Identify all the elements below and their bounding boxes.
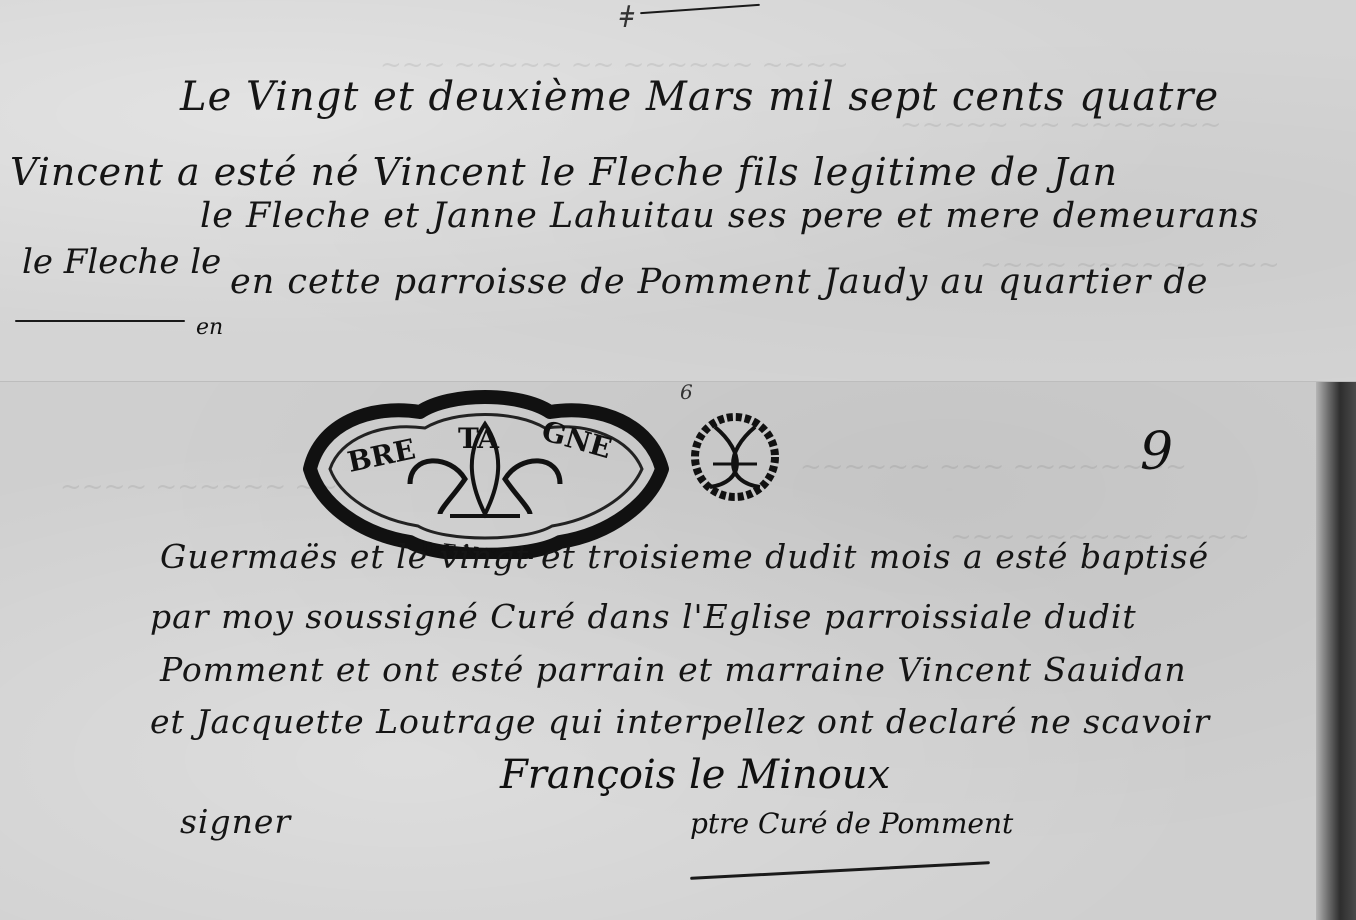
entry-top-line-2: Vincent a esté né Vincent le Fleche fils… xyxy=(10,150,1118,194)
folio-number: 9 xyxy=(1140,422,1173,482)
monogram-stamp-icon xyxy=(685,402,785,512)
book-binding-edge xyxy=(1316,382,1356,920)
register-page-bottom-segment: ~~~~ ~~~~~~ ~~ ~~~~~~ ~~~ ~~~~~~~~ ~~~ ~… xyxy=(0,381,1356,920)
priest-signature-title: ptre Curé de Pomment xyxy=(690,807,1013,840)
register-page-top-segment: ~~~ ~~~~~ ~~ ~~~~~~ ~~~~ ~~~~~ ~~ ~~~~~~… xyxy=(0,0,1356,381)
margin-underline xyxy=(15,320,185,322)
priest-signature-name: François le Minoux xyxy=(500,752,890,798)
ink-stroke xyxy=(640,4,760,14)
stamp-title-center: TA xyxy=(458,422,500,455)
entry-bottom-line-3: Pomment et ont esté parrain et marraine … xyxy=(160,650,1187,689)
entry-bottom-line-1: Guermaës et le vingt et troisieme dudit … xyxy=(160,537,1209,576)
show-through-text: ~~~~~~ ~~~ ~~~~~~~~ xyxy=(800,452,1187,482)
small-ink-number: 6 xyxy=(680,381,693,404)
entry-top-line-4: en cette parroisse de Pomment Jaudy au q… xyxy=(230,262,1208,302)
entry-bottom-line-4: et Jacquette Loutrage qui interpellez on… xyxy=(150,702,1210,741)
insertion-mark: en xyxy=(196,315,223,340)
document-scan-viewer: ~~~ ~~~~~ ~~ ~~~~~~ ~~~~ ~~~~~ ~~ ~~~~~~… xyxy=(0,0,1356,920)
top-ink-mark: ǂ xyxy=(620,0,634,35)
signature-underline xyxy=(690,861,990,880)
entry-bottom-line-2: par moy soussigné Curé dans l'Eglise par… xyxy=(150,597,1137,636)
stamp-title-right: GNE xyxy=(538,414,615,465)
entry-bottom-line-5: signer xyxy=(180,802,291,841)
margin-name-note: le Fleche le xyxy=(22,242,221,282)
entry-top-line-1: Le Vingt et deuxième Mars mil sept cents… xyxy=(180,74,1219,120)
entry-top-line-3: le Fleche et Janne Lahuitau ses pere et … xyxy=(200,196,1259,236)
bretagne-tax-stamp: BRE TA GNE D·E·N·X·SO xyxy=(290,384,680,559)
